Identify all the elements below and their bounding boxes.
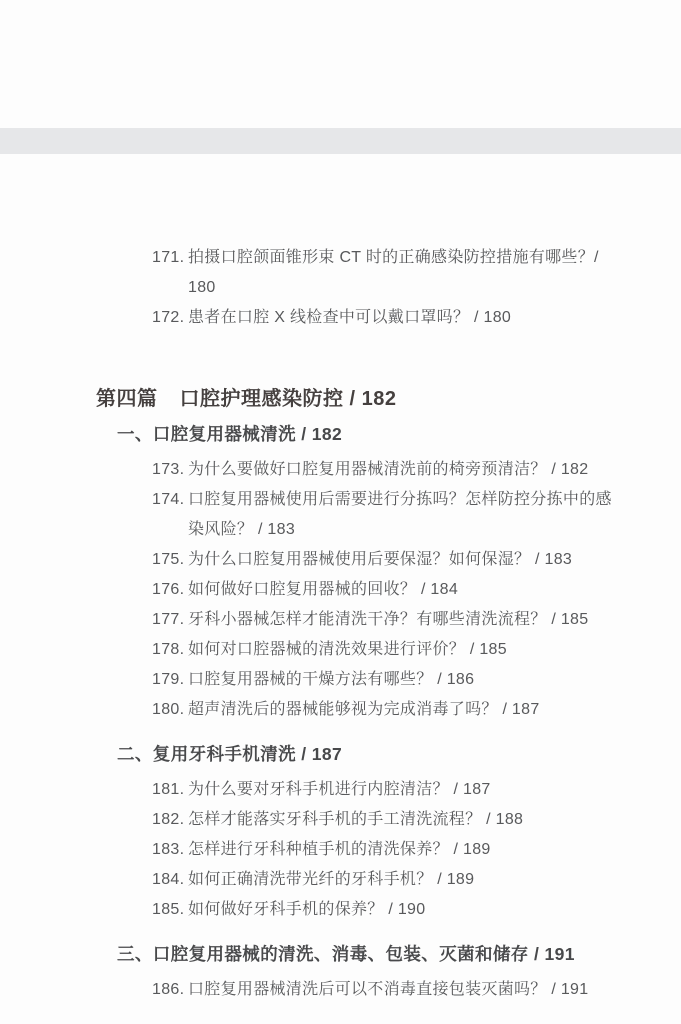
toc-item-number: 182. bbox=[152, 805, 188, 835]
toc-item-number: 176. bbox=[152, 575, 188, 605]
toc-item: 186.口腔复用器械清洗后可以不消毒直接包装灭菌吗？ / 191 bbox=[152, 975, 681, 1005]
toc-item-number: 171. bbox=[152, 243, 188, 273]
toc-item-number: 175. bbox=[152, 545, 188, 575]
toc-item: 182.怎样才能落实牙科手机的手工清洗流程？ / 188 bbox=[152, 805, 681, 835]
toc-item-number: 179. bbox=[152, 665, 188, 695]
toc-item-text: 牙科小器械怎样才能清洗干净？有哪些清洗流程？ / 185 bbox=[188, 605, 588, 635]
toc-item: 179.口腔复用器械的干燥方法有哪些？ / 186 bbox=[152, 665, 681, 695]
toc-item-number: 183. bbox=[152, 835, 188, 865]
part-label: 第四篇 bbox=[96, 388, 158, 410]
toc-item: 181.为什么要对牙科手机进行内腔清洁？ / 187 bbox=[152, 775, 681, 805]
toc-item-number: 173. bbox=[152, 455, 188, 485]
toc-sections: 一、口腔复用器械清洗 / 182173.为什么要做好口腔复用器械清洗前的椅旁预清… bbox=[0, 421, 681, 1005]
toc-item-number: 172. bbox=[152, 303, 188, 333]
toc-content: 171.拍摄口腔颌面锥形束 CT 时的正确感染防控措施有哪些？/ 180172.… bbox=[0, 0, 681, 1005]
toc-item: 174.口腔复用器械使用后需要进行分拣吗？怎样防控分拣中的感染风险？ / 183 bbox=[152, 485, 681, 545]
toc-section-items: 173.为什么要做好口腔复用器械清洗前的椅旁预清洁？ / 182174.口腔复用… bbox=[152, 455, 681, 725]
toc-item-number: 178. bbox=[152, 635, 188, 665]
toc-item-text: 超声清洗后的器械能够视为完成消毒了吗？ / 187 bbox=[188, 695, 540, 725]
toc-item-text: 如何对口腔器械的清洗效果进行评价？ / 185 bbox=[188, 635, 507, 665]
toc-item: 176.如何做好口腔复用器械的回收？ / 184 bbox=[152, 575, 681, 605]
toc-item: 173.为什么要做好口腔复用器械清洗前的椅旁预清洁？ / 182 bbox=[152, 455, 681, 485]
toc-item-number: 180. bbox=[152, 695, 188, 725]
part-heading: 第四篇口腔护理感染防控 / 182 bbox=[96, 385, 681, 413]
toc-item: 171.拍摄口腔颌面锥形束 CT 时的正确感染防控措施有哪些？/ 180 bbox=[152, 243, 681, 303]
toc-section: 一、口腔复用器械清洗 / 182173.为什么要做好口腔复用器械清洗前的椅旁预清… bbox=[0, 421, 681, 725]
toc-item-text: 为什么口腔复用器械使用后要保湿？如何保湿？ / 183 bbox=[188, 545, 572, 575]
toc-section-title: 三、口腔复用器械的清洗、消毒、包装、灭菌和储存 / 191 bbox=[117, 941, 681, 967]
toc-item: 172.患者在口腔 X 线检查中可以戴口罩吗？ / 180 bbox=[152, 303, 681, 333]
toc-item-text: 口腔复用器械使用后需要进行分拣吗？怎样防控分拣中的感染风险？ / 183 bbox=[188, 485, 612, 545]
toc-item-text: 口腔复用器械清洗后可以不消毒直接包装灭菌吗？ / 191 bbox=[188, 975, 588, 1005]
toc-item-number: 184. bbox=[152, 865, 188, 895]
toc-item-text: 患者在口腔 X 线检查中可以戴口罩吗？ / 180 bbox=[188, 303, 511, 333]
toc-item-text: 如何做好口腔复用器械的回收？ / 184 bbox=[188, 575, 458, 605]
toc-item: 183.怎样进行牙科种植手机的清洗保养？ / 189 bbox=[152, 835, 681, 865]
toc-item-text: 口腔复用器械的干燥方法有哪些？ / 186 bbox=[188, 665, 474, 695]
part-title: 口腔护理感染防控 / 182 bbox=[180, 388, 397, 410]
toc-item-number: 177. bbox=[152, 605, 188, 635]
toc-section-items: 181.为什么要对牙科手机进行内腔清洁？ / 187182.怎样才能落实牙科手机… bbox=[152, 775, 681, 925]
toc-section: 二、复用牙科手机清洗 / 187181.为什么要对牙科手机进行内腔清洁？ / 1… bbox=[0, 741, 681, 925]
toc-item-number: 174. bbox=[152, 485, 188, 515]
toc-item-text: 如何做好牙科手机的保养？ / 190 bbox=[188, 895, 425, 925]
toc-item: 185.如何做好牙科手机的保养？ / 190 bbox=[152, 895, 681, 925]
toc-leading-items: 171.拍摄口腔颌面锥形束 CT 时的正确感染防控措施有哪些？/ 180172.… bbox=[152, 243, 681, 333]
toc-item-number: 181. bbox=[152, 775, 188, 805]
toc-item: 178.如何对口腔器械的清洗效果进行评价？ / 185 bbox=[152, 635, 681, 665]
toc-item-text: 如何正确清洗带光纤的牙科手机？ / 189 bbox=[188, 865, 474, 895]
toc-item: 175.为什么口腔复用器械使用后要保湿？如何保湿？ / 183 bbox=[152, 545, 681, 575]
book-toc-page: 171.拍摄口腔颌面锥形束 CT 时的正确感染防控措施有哪些？/ 180172.… bbox=[0, 0, 681, 1024]
toc-item-text: 怎样进行牙科种植手机的清洗保养？ / 189 bbox=[188, 835, 491, 865]
toc-section-title: 一、口腔复用器械清洗 / 182 bbox=[117, 421, 681, 447]
toc-item-text: 为什么要对牙科手机进行内腔清洁？ / 187 bbox=[188, 775, 491, 805]
toc-section: 三、口腔复用器械的清洗、消毒、包装、灭菌和储存 / 191186.口腔复用器械清… bbox=[0, 941, 681, 1005]
toc-item: 177.牙科小器械怎样才能清洗干净？有哪些清洗流程？ / 185 bbox=[152, 605, 681, 635]
toc-item-text: 怎样才能落实牙科手机的手工清洗流程？ / 188 bbox=[188, 805, 523, 835]
toc-item-number: 185. bbox=[152, 895, 188, 925]
toc-item-number: 186. bbox=[152, 975, 188, 1005]
toc-item: 184.如何正确清洗带光纤的牙科手机？ / 189 bbox=[152, 865, 681, 895]
toc-item-text: 拍摄口腔颌面锥形束 CT 时的正确感染防控措施有哪些？/ 180 bbox=[188, 243, 612, 303]
toc-item-text: 为什么要做好口腔复用器械清洗前的椅旁预清洁？ / 182 bbox=[188, 455, 588, 485]
toc-section-items: 186.口腔复用器械清洗后可以不消毒直接包装灭菌吗？ / 191 bbox=[152, 975, 681, 1005]
toc-section-title: 二、复用牙科手机清洗 / 187 bbox=[117, 741, 681, 767]
toc-item: 180.超声清洗后的器械能够视为完成消毒了吗？ / 187 bbox=[152, 695, 681, 725]
